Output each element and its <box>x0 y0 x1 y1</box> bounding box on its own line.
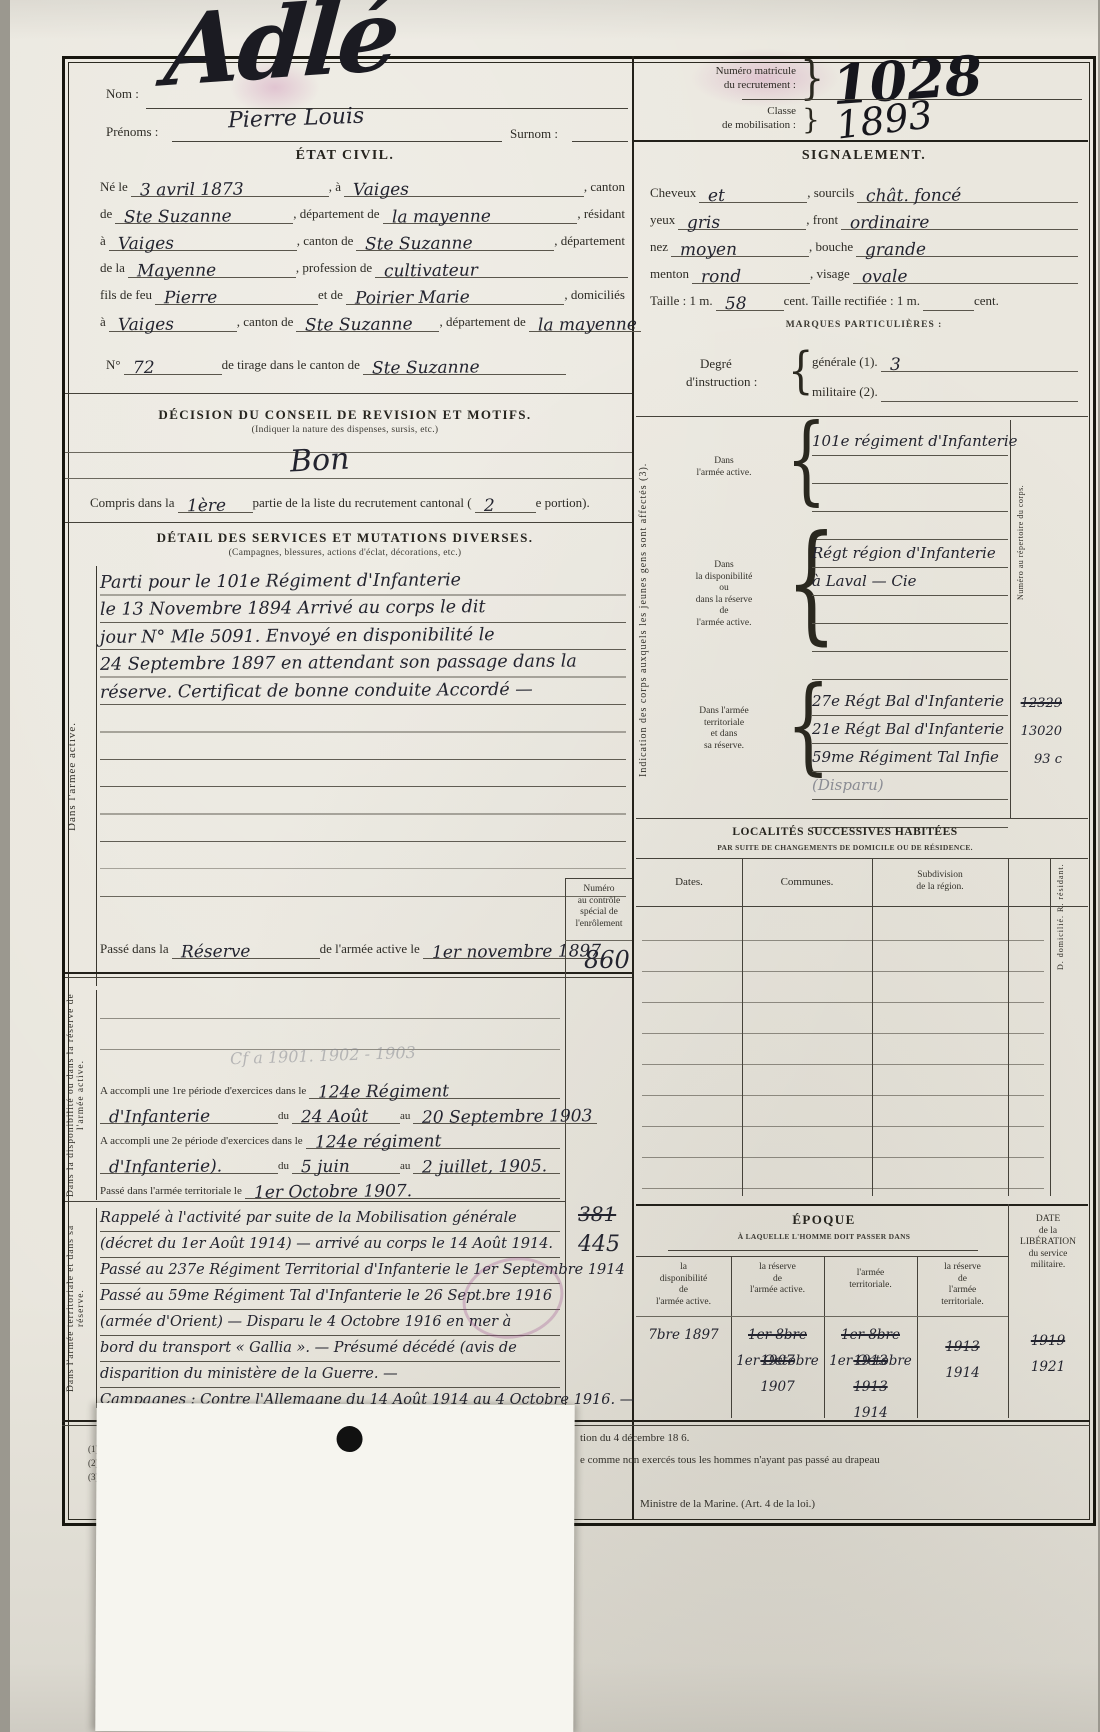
dispo-side-divider <box>96 990 97 1200</box>
section-rule <box>65 1201 565 1202</box>
epoque-subheader-top <box>636 1256 1008 1257</box>
epoque-col-divider <box>824 1256 825 1418</box>
terr-num: 445 <box>578 1232 620 1257</box>
corps-active-label: Dansl'armée active. <box>664 456 784 479</box>
surnom-rule <box>572 141 628 142</box>
nom-label: Nom : <box>106 86 139 102</box>
degre-generale: générale (1).3 <box>812 348 1078 372</box>
epoque-col2-header: la réservedel'armée active. <box>733 1262 822 1297</box>
localites-col-communes: Communes. <box>742 876 872 888</box>
services-bottom-rule <box>65 972 632 974</box>
main-column-divider <box>632 56 634 1520</box>
epoque-col4-values: 19131914 <box>919 1334 1006 1386</box>
epoque-col3-header: l'arméeterritoriale. <box>826 1268 915 1291</box>
strip-top-border <box>565 878 632 879</box>
services-side-divider <box>96 566 97 986</box>
epoque-col1-header: ladisponibilitédel'armée active. <box>638 1262 729 1308</box>
degre-militaire: militaire (2). <box>812 378 1078 402</box>
surnom-label: Surnom : <box>510 126 558 142</box>
epoque-col1-values: 7bre 1897 <box>638 1322 729 1348</box>
compris-line: Compris dans la1èrepartie de la liste du… <box>90 486 610 513</box>
rule <box>565 940 632 941</box>
corps-active-lines: 101e régiment d'Infanterie <box>812 428 1008 540</box>
corps-terr-label: Dans l'arméeterritorialeet danssa réserv… <box>664 706 784 752</box>
epoque-title-rule <box>668 1250 978 1251</box>
corps-right-divider <box>1010 420 1011 818</box>
matricule-brace: } <box>800 52 824 105</box>
corps-side-label: Indication des corps auxquels les jeunes… <box>638 424 660 816</box>
rule <box>100 896 626 897</box>
nom-rule <box>146 108 628 109</box>
corps-dispo-lines: Régt région d'Infanterieà Laval — Cie <box>812 540 1008 680</box>
prenoms-value: Pierre Louis <box>228 104 365 134</box>
name-signature: Adlé <box>161 0 401 110</box>
localites-title: LOCALITÉS SUCCESSIVES HABITÉES <box>640 826 1050 838</box>
localites-col-subdivision: Subdivisionde la région. <box>872 870 1008 893</box>
section-rule <box>65 522 632 523</box>
localites-col-dates: Dates. <box>636 876 742 888</box>
prenoms-label: Prénoms : <box>106 124 158 140</box>
tirage-line: N°72de tirage dans le canton deSte Suzan… <box>106 348 566 375</box>
signalement-lines: Cheveuxet, sourcilschât. foncéyeuxgris, … <box>650 176 1078 311</box>
controle-label: Numéroau contrôlespécial del'enrôlement <box>567 884 631 930</box>
epoque-subtitle: À LAQUELLE L'HOMME DOIT PASSER DANS <box>640 1232 1008 1241</box>
localites-subtitle: PAR SUITE DE CHANGEMENTS DE DOMICILE OU … <box>640 843 1050 852</box>
paper-strip-overlay <box>95 1403 574 1732</box>
services-title: DÉTAIL DES SERVICES ET MUTATIONS DIVERSE… <box>80 530 610 546</box>
controle-value: 860 <box>584 946 630 974</box>
terr-num-struck: 381 <box>578 1202 616 1226</box>
degre-label2: d'instruction : <box>686 374 757 390</box>
services-text: Parti pour le 101e Régiment d'Infanterie… <box>100 568 626 869</box>
prenoms-rule <box>172 141 502 142</box>
dispo-lines: A accompli une 1re période d'exercices d… <box>100 1074 560 1199</box>
classe-label: Classe de mobilisation : <box>648 104 796 132</box>
etat-civil-lines: Né le3 avril 1873, àVaiges, cantondeSte … <box>100 170 628 332</box>
corps-terr-lines: 27e Régt Bal d'Infanterie1232921e Régt B… <box>812 688 1008 828</box>
rule <box>65 478 632 479</box>
epoque-col2-values: 1er 8bre 19071er Octobre1907 <box>733 1322 822 1400</box>
localites-side-label: D. domicilié. R. résidant. <box>1056 862 1082 972</box>
col-divider <box>1050 858 1051 1196</box>
dispo-side-label: Dans la disponibilité ou dans la réserve… <box>66 990 94 1200</box>
terr-side-label: Dans l'armée territoriale et dans sa rés… <box>66 1208 94 1408</box>
epoque-col-divider <box>917 1256 918 1418</box>
terr-side-divider <box>96 1208 97 1408</box>
services-bottom-rule2 <box>65 977 632 978</box>
marques-label: MARQUES PARTICULIÈRES : <box>660 320 1068 330</box>
epoque-col4-header: la réservedel'arméeterritoriale. <box>919 1262 1006 1308</box>
degre-label1: Degré <box>700 356 732 372</box>
decision-title: DÉCISION DU CONSEIL DE REVISION ET MOTIF… <box>80 407 610 423</box>
services-side-label: Dans l'armée active. <box>66 566 94 986</box>
table-top <box>636 858 1088 859</box>
scanned-document: Adlé Nom : Prénoms : Pierre Louis Surnom… <box>0 0 1100 1732</box>
epoque-col-divider <box>731 1256 732 1418</box>
punch-hole <box>337 1426 363 1452</box>
epoque-date-header: DATEde laLIBÉRATIONdu servicemilitaire. <box>1010 1214 1086 1272</box>
epoque-col3-values: 1er 8bre 19131er Octobre19131914 <box>826 1322 915 1426</box>
section-rule <box>65 393 632 394</box>
epoque-date-divider <box>1008 1204 1009 1418</box>
section-rule <box>636 818 1088 819</box>
epoque-values-top <box>636 1316 1008 1317</box>
epoque-title: ÉPOQUE <box>640 1212 1008 1228</box>
footer-line-3: Ministre de la Marine. (Art. 4 de la loi… <box>640 1498 815 1510</box>
localites-empty-rows <box>642 910 1044 1192</box>
repertoire-label: Numéro au répertoire du corps. <box>1016 432 1034 652</box>
epoque-top <box>636 1204 1088 1206</box>
decision-value: Bon <box>289 441 350 479</box>
classe-brace: } <box>802 103 820 136</box>
footer-line-2: e comme non exercés tous les hommes n'ay… <box>580 1454 880 1466</box>
section-rule <box>636 416 1088 417</box>
signalement-title: SIGNALEMENT. <box>640 148 1088 164</box>
strip-left-border <box>565 878 566 1410</box>
services-subtitle: (Campagnes, blessures, actions d'éclat, … <box>80 548 610 558</box>
decision-subtitle: (Indiquer la nature des dispenses, sursi… <box>80 425 610 435</box>
matricule-label: Numéro matricule du recrutement : <box>648 64 796 92</box>
passe-reserve-line: Passé dans laRéservede l'armée active le… <box>100 932 562 959</box>
epoque-date-values: 19191921 <box>1010 1328 1086 1380</box>
corps-dispo-label: Dansla disponibilitéoudans la réservedel… <box>664 560 784 629</box>
etat-civil-title: ÉTAT CIVIL. <box>110 148 580 164</box>
footer-line-1: tion du 4 décembre 18 6. <box>580 1432 689 1444</box>
table-header-bottom <box>636 906 1088 907</box>
degre-brace: { <box>788 342 813 400</box>
